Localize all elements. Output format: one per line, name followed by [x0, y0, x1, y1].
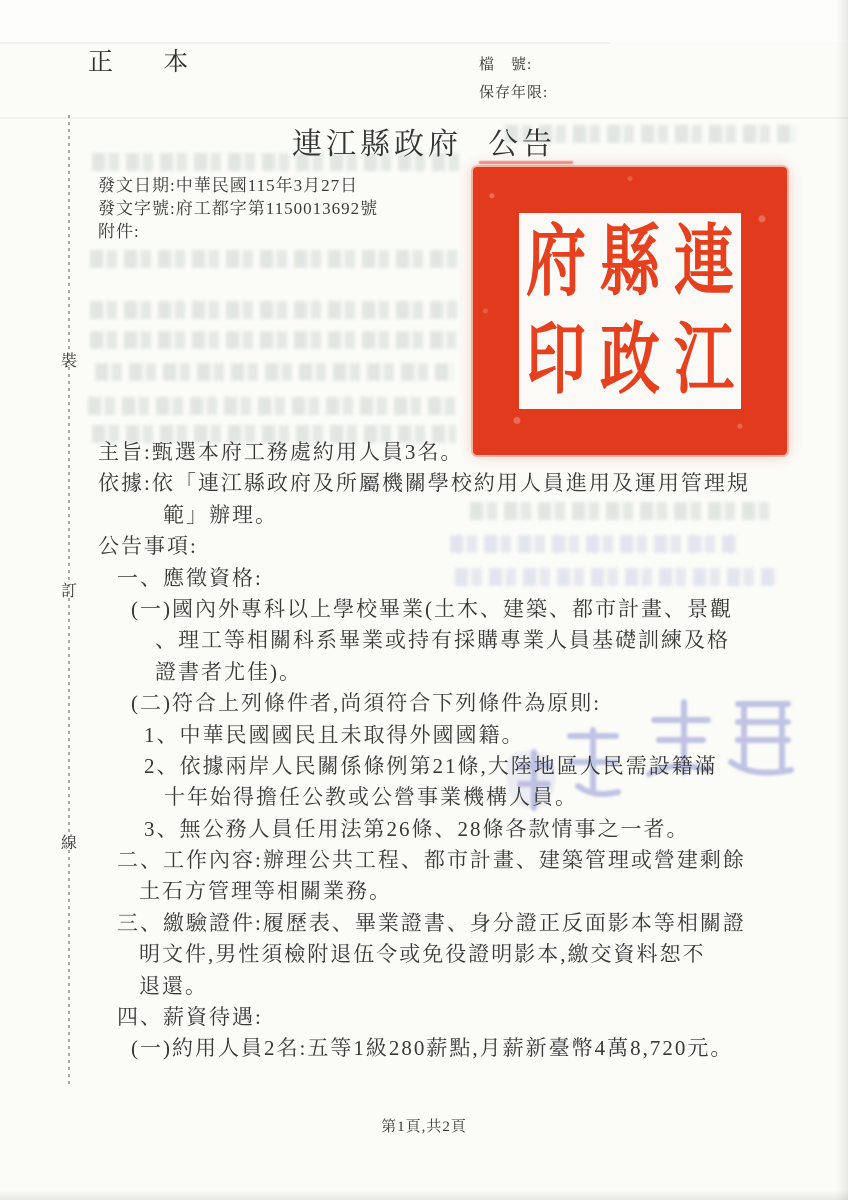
body-line: 3、無公務人員任用法第26條、28條各款情事之一者。: [98, 814, 798, 845]
document-title: 連江縣政府公告: [0, 119, 848, 163]
body-line: 四、薪資待遇:: [98, 1002, 798, 1033]
issue-number: 發文字號:府工都字第1150013692號: [98, 197, 378, 220]
scan-top-edge: [0, 0, 848, 42]
official-seal: 府縣連印政江: [473, 167, 787, 455]
binding-mark: 裝: [58, 348, 80, 371]
file-number-label: 檔 號:: [479, 58, 548, 73]
body-lines: 主旨:甄選本府工務處約用人員3名。依據:依「連江縣政府及所屬機關學校約用人員進用…: [98, 437, 798, 1065]
body-line: 十年始得擔任公教或公營事業機構人員。: [98, 782, 798, 813]
body-line: 二、工作內容:辦理公共工程、都市計畫、建築管理或營建剩餘: [98, 845, 798, 876]
body-line: 範」辦理。: [98, 500, 798, 531]
issue-date: 發文日期:中華民國115年3月27日: [98, 174, 378, 197]
title-org: 連江縣政府: [292, 128, 462, 161]
seal-character: 印: [519, 296, 593, 423]
seal-character: 政: [593, 296, 667, 423]
body-line: 土石方管理等相關業務。: [98, 876, 798, 907]
body-line: 退還。: [98, 971, 798, 1002]
body-line: (一)國內外專科以上學校畢業(土木、建築、都市計畫、景觀: [98, 594, 798, 625]
body-line: 公告事項:: [98, 531, 798, 562]
scan-right-edge-shadow: [836, 0, 848, 1200]
scan-bottom-edge-shadow: [0, 1190, 848, 1200]
bleedthrough-text-artifact: [90, 301, 460, 319]
bleedthrough-text-artifact: [95, 363, 453, 381]
body-line: 一、應徵資格:: [98, 563, 798, 594]
bleedthrough-text-artifact: [88, 397, 458, 415]
body-line: 1、中華民國國民且未取得外國國籍。: [98, 720, 798, 751]
body-line: 三、繳驗證件:履歷表、畢業證書、身分證正反面影本等相關證: [98, 908, 798, 939]
body-line: 主旨:甄選本府工務處約用人員3名。: [98, 437, 798, 468]
body-line: 明文件,男性須檢附退伍令或免役證明影本,繳交資料恕不: [98, 939, 798, 970]
seal-character: 江: [667, 296, 741, 423]
body-line: (一)約用人員2名:五等1級280薪點,月薪新臺幣4萬8,720元。: [98, 1033, 798, 1064]
body-line: (二)符合上列條件者,尚須符合下列條件為原則:: [98, 688, 798, 719]
bleedthrough-text-artifact: [90, 331, 456, 349]
scanned-announcement-page: 正 本 檔 號: 保存年限: 連江縣政府公告 發文日期:中華民國115年3月27…: [0, 0, 848, 1200]
binding-mark: 線: [58, 830, 80, 853]
copy-type-label: 正 本: [88, 42, 210, 78]
body-line: 、理工等相關科系畢業或持有採購專業人員基礎訓練及格: [98, 625, 798, 656]
file-meta-block: 檔 號: 保存年限:: [479, 58, 548, 114]
bleedthrough-text-artifact: [90, 250, 462, 268]
retention-label: 保存年限:: [479, 86, 548, 101]
body-line: 證書者尤佳)。: [98, 657, 798, 688]
title-doc-type: 公告: [488, 128, 556, 161]
official-seal-characters: 府縣連印政江: [519, 213, 741, 409]
body-line: 2、依據兩岸人民關係條例第21條,大陸地區人民需設籍滿: [98, 751, 798, 782]
page-number: 第1頁,共2頁: [0, 1115, 848, 1136]
body-line: 依據:依「連江縣政府及所屬機關學校約用人員進用及運用管理規: [98, 468, 798, 499]
attachment-label: 附件:: [98, 220, 378, 243]
issue-meta-block: 發文日期:中華民國115年3月27日 發文字號:府工都字第1150013692號…: [98, 174, 378, 243]
binding-mark: 訂: [58, 578, 80, 601]
